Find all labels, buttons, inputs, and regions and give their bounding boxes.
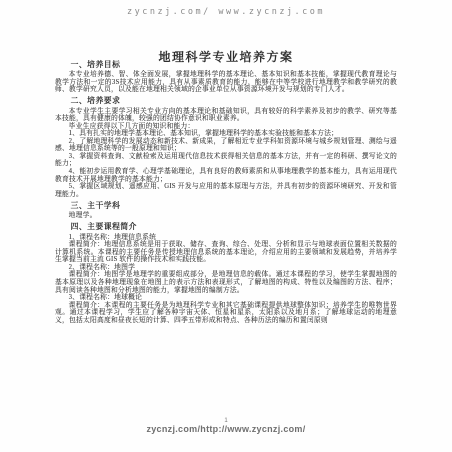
document-section: 三、主干学科地理学。 (55, 200, 397, 220)
paragraph: 课程简介：本课程的主要任务是为地理科学专业和其它基础课程提供地球整体知识；培养学… (55, 302, 397, 325)
paragraph: 本专业培养德、智、体全面发展，掌握地理科学的基本理论、基本知识和基本技能，掌握现… (55, 71, 397, 94)
paragraph: 2、了解地理科学的发展动态和新技术、新成果，了解相近专业学科如资源环境与城乡规划… (55, 138, 397, 153)
header-watermark: zycnzj.com/ www.zycnzj.com (0, 7, 452, 17)
scanned-document-page: zycnzj.com/ www.zycnzj.com 地理科学专业培养方案 一、… (0, 0, 452, 452)
footer: 1 zycnzj.com/http://www.zycnzj.com/ (0, 418, 452, 434)
section-heading: 二、培养要求 (55, 95, 397, 106)
paragraph: 1、具有扎实的地理学基本理论、基本知识，掌握地理科学的基本实验技能和基本方法； (55, 130, 397, 138)
document-body: 一、培养目标本专业培养德、智、体全面发展，掌握地理科学的基本理论、基本知识和基本… (55, 57, 397, 324)
paragraph: 3、掌握资料查询、文献检索及运用现代信息技术获得相关信息的基本方法，并有一定的科… (55, 153, 397, 168)
paragraph: 地理学。 (55, 212, 397, 220)
paragraph: 课程简介：地图学是地理学的重要组成部分，是地理信息的载体。通过本课程的学习，使学… (55, 271, 397, 294)
paragraph: 本专业学生主要学习相关专业方向的基本理论和基础知识，具有较好的科学素养及初步的教… (55, 108, 397, 123)
paragraph: 3、课程名称：地球概论 (55, 294, 397, 302)
paragraph: 4、能初步运用教育学、心理学基础理论，具有良好的教师素质和从事地理教学的基本能力… (55, 168, 397, 183)
section-heading: 一、培养目标 (55, 59, 397, 70)
document-section: 二、培养要求本专业学生主要学习相关专业方向的基本理论和基础知识，具有较好的科学素… (55, 95, 397, 198)
section-heading: 三、主干学科 (55, 200, 397, 211)
paragraph: 5、掌握区域规划、遥感应用、GIS 开发与应用的基本原理与方法，并具有初步的资源… (55, 183, 397, 198)
document-section: 一、培养目标本专业培养德、智、体全面发展，掌握地理科学的基本理论、基本知识和基本… (55, 59, 397, 94)
section-heading: 四、主要课程简介 (55, 221, 397, 232)
footer-watermark: zycnzj.com/http://www.zycnzj.com/ (0, 424, 452, 434)
paragraph: 课程简介：地理信息系统是用于获取、储存、查询、综合、处理、分析和显示与地球表面位… (55, 241, 397, 264)
document-section: 四、主要课程简介1、课程名称：地理信息系统课程简介：地理信息系统是用于获取、储存… (55, 221, 397, 324)
